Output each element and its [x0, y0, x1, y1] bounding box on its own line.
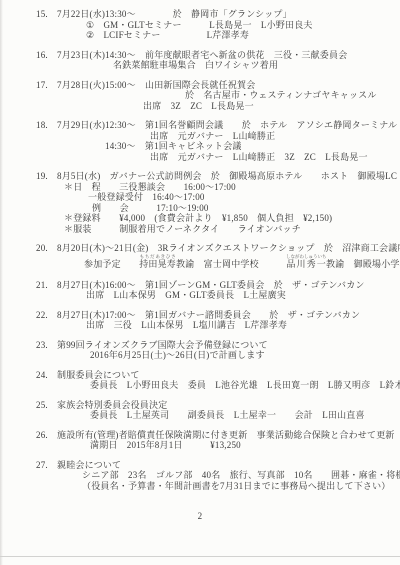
item-number: 15. — [36, 9, 57, 20]
item-line: 8月5日(水) ガバナー公式訪問例会 於 御殿場高原ホテル ホスト 御殿場LC — [57, 171, 397, 181]
item-line: 家族会特別委員会役員決定 — [57, 400, 167, 410]
item-line: 7月29日(水)12:30～ 第1回名誉顧問会議 於 ホテル アソシエ静岡ターミ… — [57, 120, 397, 130]
item-line: 制服委員会について — [57, 370, 140, 380]
agenda-item-19: 19.8月5日(水) ガバナー公式訪問例会 於 御殿場高原ホテル ホスト 御殿場… — [0, 171, 400, 234]
agenda-item-23: 23.第99回ライオンズクラブ国際大会予備登録について 2016年6月25日(土… — [0, 340, 400, 361]
item-number: 16. — [36, 50, 57, 61]
participants-prefix: 参加予定 — [84, 259, 139, 269]
item-line: 7月23日(木)14:30～ 前年度献眼者宅へ新盆の供花 三役・三献委員会 — [57, 50, 347, 60]
agenda-item-24: 24.制服委員会について 委員長 L小野田良夫 委員 L池谷光雄 L長田寛一朗 … — [0, 370, 400, 391]
item-line: 一般登録受付 16:40～17:00 — [88, 192, 400, 203]
participant-ruby-1: もちだあきひさ — [139, 254, 176, 259]
item-line: 第99回ライオンズクラブ国際大会予備登録について — [57, 340, 268, 350]
agenda-item-25: 25.家族会特別委員会役員決定 委員長 L土屋英司 副委員長 L土屋幸一 会計 … — [0, 400, 400, 421]
item-line: 2016年6月25日(土)～26日(日)で計画します — [90, 350, 400, 361]
item-line: 親睦会について — [57, 460, 121, 470]
item-line: 施設所有(管理)者賠償責任保険満期に付き更新 事業活動総合保険と合わせて更新 — [57, 430, 395, 440]
item-line: ＊服装 制服着用でノーネクタイ ライオンバッチ — [64, 224, 400, 235]
item-line: 14:30～ 第1回キャビネット会議 — [105, 141, 400, 152]
item-line: 8月27日(木)17:00～ 第1回ガバナー諮問委員会 於 ザ・ゴテンバカン — [57, 310, 360, 320]
item-line: （役員名・予算書・年間計画書を7月31日までに事務局へ提出して下さい） — [82, 481, 400, 492]
item-line: 8月27日(木)16:00～ 第1回ゾーンGM・GLT委員会 於 ザ・ゴテンバカ… — [57, 280, 365, 290]
agenda-item-27: 27.親睦会について シニア部 23名 ゴルフ部 40名 旅行、写真部 10名 … — [0, 460, 400, 492]
agenda-item-17: 17.7月28日(火)15:00～ 山田新国際会長就任祝賀会 於 名古屋市・ウェ… — [0, 80, 400, 112]
scan-edge-shadow — [0, 0, 3, 565]
item-number: 26. — [36, 430, 57, 441]
item-number: 18. — [36, 120, 57, 131]
scan-edge-line — [0, 556, 400, 557]
item-number: 27. — [36, 460, 57, 471]
document-page: 15.7月22日(水)13:30～ 於 静岡市「グランシップ」 ① GM・GLT… — [0, 0, 400, 565]
item-number: 23. — [36, 340, 57, 351]
item-line: ① GM・GLTセミナー L長島晃一 L小野田良夫 — [86, 20, 400, 31]
item-line: ② LCIFセミナー L芹澤孝寿 — [86, 30, 400, 41]
item-line-participants: 参加予定 持田晃寿もちだあきひさ教諭 富士岡中学校 品川秀一しながわしゅういち教… — [84, 254, 400, 271]
item-number: 20. — [36, 243, 57, 254]
participant-ruby-2: しながわしゅういち — [286, 254, 327, 259]
item-number: 25. — [36, 400, 57, 411]
item-line: 於 名古屋市・ウェスティンナゴヤキャッスル — [185, 90, 400, 101]
agenda-list: 15.7月22日(水)13:30～ 於 静岡市「グランシップ」 ① GM・GLT… — [0, 0, 400, 491]
item-line: 7月22日(水)13:30～ 於 静岡市「グランシップ」 — [57, 9, 292, 19]
item-number: 22. — [36, 310, 57, 321]
participants-suffix: 教諭 御殿場小学校 — [326, 259, 400, 269]
participants-mid: 教諭 富士岡中学校 — [176, 259, 286, 269]
item-line: ＊日 程 三役懇談会 16:00～17:00 — [64, 182, 400, 193]
item-number: 17. — [36, 80, 57, 91]
agenda-item-15: 15.7月22日(水)13:30～ 於 静岡市「グランシップ」 ① GM・GLT… — [0, 9, 400, 41]
agenda-item-26: 26.施設所有(管理)者賠償責任保険満期に付き更新 事業活動総合保険と合わせて更… — [0, 430, 400, 451]
item-line: 出席 3Z ZC L長島晃一 — [143, 101, 400, 112]
item-number: 24. — [36, 370, 57, 381]
item-line: 委員長 L小野田良夫 委員 L池谷光雄 L長田寛一朗 L勝又明彦 L鈴木美男 — [90, 380, 400, 391]
item-line: 名鉄菜館駐車場集合 白ワイシャツ着用 — [113, 60, 400, 71]
item-line: 委員長 L土屋英司 副委員長 L土屋幸一 会計 L田山直喜 — [90, 410, 400, 421]
agenda-item-20: 20.8月20日(木)～21日(金) 3Rライオンズクエストワークショップ 於 … — [0, 243, 400, 271]
item-line: 7月28日(火)15:00～ 山田新国際会長就任祝賀会 — [57, 80, 255, 90]
agenda-item-22: 22.8月27日(木)17:00～ 第1回ガバナー諮問委員会 於 ザ・ゴテンバカ… — [0, 310, 400, 331]
agenda-item-18: 18.7月29日(水)12:30～ 第1回名誉顧問会議 於 ホテル アソシエ静岡… — [0, 120, 400, 162]
agenda-item-16: 16.7月23日(木)14:30～ 前年度献眼者宅へ新盆の供花 三役・三献委員会… — [0, 50, 400, 71]
item-line: 満期日 2015年8月1日 ¥13,250 — [90, 440, 400, 451]
item-line: 8月20日(木)～21日(金) 3Rライオンズクエストワークショップ 於 沼津商… — [57, 243, 400, 253]
item-line: ＊登録料 ¥4,000 (食費会計より ¥1,850 個人負担 ¥2,150) — [64, 213, 400, 224]
item-line: 例 会 17:10～19:00 — [92, 203, 400, 214]
item-line: 出席 元ガバナー L山﨑勝正 — [150, 131, 400, 142]
item-line: 出席 三役 L山本保男 L塩川講吉 L芹澤孝寿 — [86, 320, 400, 331]
participant-name-2: 品川秀一しながわしゅういち — [286, 259, 326, 269]
participant-name-1: 持田晃寿もちだあきひさ — [139, 259, 176, 269]
item-number: 21. — [36, 280, 57, 291]
item-number: 19. — [36, 171, 57, 182]
item-line: 出席 元ガバナー L山﨑勝正 3Z ZC L長島晃一 — [150, 152, 400, 163]
page-number: 2 — [0, 511, 400, 522]
item-line: シニア部 23名 ゴルフ部 40名 旅行、写真部 10名 囲碁・麻雀・将棋部 1… — [82, 470, 400, 481]
item-line: 出席 L山本保男 GM・GLT委員長 L土屋廣実 — [86, 290, 400, 301]
agenda-item-21: 21.8月27日(木)16:00～ 第1回ゾーンGM・GLT委員会 於 ザ・ゴテ… — [0, 280, 400, 301]
